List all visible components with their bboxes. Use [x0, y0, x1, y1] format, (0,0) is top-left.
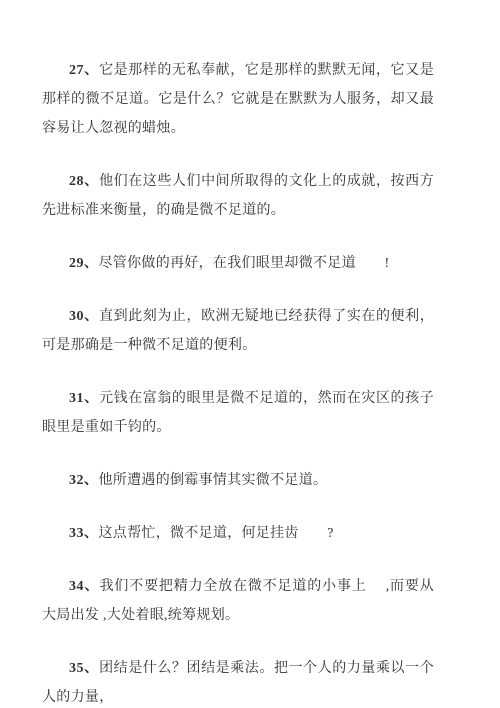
- quote-number: 28、: [69, 174, 99, 189]
- quote-paragraph: 28、他们在这些人们中间所取得的文化上的成就，按西方先进标准来衡量，的确是微不足…: [42, 167, 434, 225]
- quote-number: 34、: [69, 579, 100, 594]
- quote-text: 他所遭遇的倒霉事情其实微不足道。: [99, 473, 328, 488]
- quote-text: 直到此刻为止，欧洲无疑地已经获得了实在的便利，可是那确是一种微不足道的便利。: [42, 309, 434, 353]
- quote-text: 他们在这些人们中间所取得的文化上的成就，按西方先进标准来衡量，的确是微不足道的。: [42, 174, 434, 218]
- quote-paragraph: 31、元钱在富翁的眼里是微不足道的，然而在灾区的孩子眼里是重如千钧的。: [42, 384, 434, 442]
- quote-text: 团结是什么？团结是乘法。把一个人的力量乘以一个人的力量，: [42, 661, 434, 705]
- document-page: 27、它是那样的无私奉献，它是那样的默默无闻，它又是那样的微不足道。它是什么？它…: [0, 0, 500, 708]
- quote-paragraph: 35、团结是什么？团结是乘法。把一个人的力量乘以一个人的力量，: [42, 654, 434, 708]
- quote-text: 我们不要把精力全放在微不足道的小事上 ,而要从大局出发 ,大处着眼,统筹规划。: [42, 579, 434, 623]
- quote-number: 31、: [69, 391, 99, 406]
- quote-paragraph: 32、他所遭遇的倒霉事情其实微不足道。: [42, 466, 434, 495]
- quote-paragraph: 29、尽管你做的再好，在我们眼里却微不足道 !: [42, 249, 434, 278]
- quote-list: 27、它是那样的无私奉献，它是那样的默默无闻，它又是那样的微不足道。它是什么？它…: [42, 56, 434, 708]
- quote-paragraph: 34、我们不要把精力全放在微不足道的小事上 ,而要从大局出发 ,大处着眼,统筹规…: [42, 572, 434, 630]
- quote-text: 这点帮忙，微不足道，何足挂齿 ?: [99, 526, 334, 541]
- quote-paragraph: 30、直到此刻为止，欧洲无疑地已经获得了实在的便利，可是那确是一种微不足道的便利…: [42, 302, 434, 360]
- quote-number: 27、: [69, 63, 99, 78]
- quote-paragraph: 27、它是那样的无私奉献，它是那样的默默无闻，它又是那样的微不足道。它是什么？它…: [42, 56, 434, 143]
- quote-number: 35、: [69, 661, 99, 676]
- quote-number: 30、: [69, 309, 99, 324]
- quote-text: 尽管你做的再好，在我们眼里却微不足道 !: [99, 256, 390, 271]
- quote-text: 元钱在富翁的眼里是微不足道的，然而在灾区的孩子眼里是重如千钧的。: [42, 391, 434, 435]
- quote-number: 33、: [69, 526, 99, 541]
- quote-paragraph: 33、这点帮忙，微不足道，何足挂齿 ?: [42, 519, 434, 548]
- quote-text: 它是那样的无私奉献，它是那样的默默无闻，它又是那样的微不足道。它是什么？它就是在…: [42, 63, 434, 136]
- quote-number: 29、: [69, 256, 99, 271]
- quote-number: 32、: [69, 473, 99, 488]
